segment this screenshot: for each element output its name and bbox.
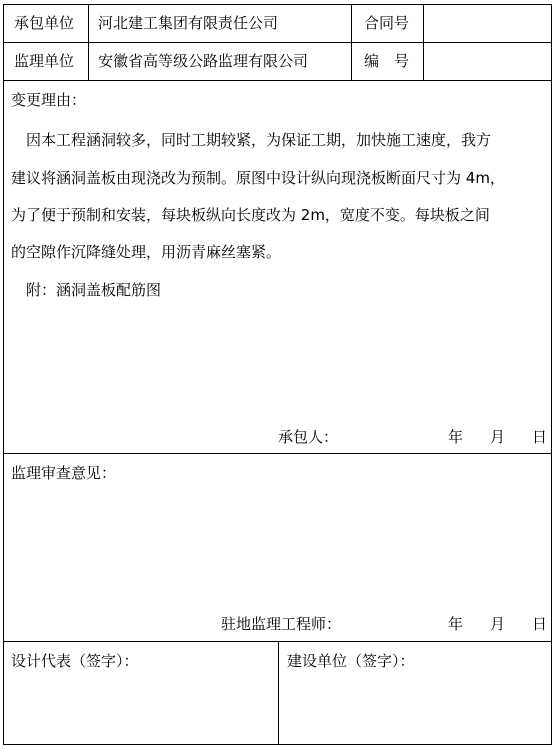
review-title: 监理审查意见： [11,466,116,481]
serial-no-label: 编 号 [364,54,409,69]
reason-line-3: 为了便于预制和安装，每块板纵向长度改为 2m，宽度不变。每块板之间 [11,208,490,223]
contractor-date-month: 月 [490,430,505,445]
contractor-value: 河北建工集团有限责任公司 [98,16,278,31]
contract-no-value[interactable] [429,10,549,38]
engineer-date-day: 日 [532,617,547,632]
engineer-signer-label: 驻地监理工程师： [221,617,341,632]
reason-title: 变更理由： [11,93,86,108]
contractor-signer-label: 承包人： [278,430,338,445]
contractor-date-day: 日 [532,430,547,445]
contract-no-label: 合同号 [364,16,409,31]
contractor-label: 承包单位 [14,16,74,31]
column-divider [351,5,352,80]
supervisor-value: 安徽省高等级公路监理有限公司 [98,54,308,69]
serial-no-value[interactable] [429,48,549,76]
reason-line-2: 建议将涵洞盖板由现浇改为预制。原图中设计纵向现浇板断面尺寸为 4m， [11,171,505,186]
owner-signature: 建设单位（签字）： [287,654,415,669]
row-divider [4,80,551,81]
contractor-date-year: 年 [448,430,463,445]
reason-line-4: 的空隙作沉降缝处理，用沥青麻丝塞紧。 [11,245,281,260]
engineer-date-month: 月 [490,617,505,632]
row-divider [4,453,551,454]
reason-line-1: 因本工程涵洞较多，同时工期较紧，为保证工期，加快施工速度，我方 [11,133,491,148]
column-divider [278,641,279,745]
column-divider [423,5,424,80]
supervisor-label: 监理单位 [14,54,74,69]
design-rep-signature: 设计代表（签字）： [11,654,139,669]
row-divider [4,42,551,43]
attachment-note: 附：涵洞盖板配筋图 [11,283,161,298]
column-divider [88,5,89,80]
change-request-form: 承包单位 河北建工集团有限责任公司 合同号 监理单位 安徽省高等级公路监理有限公… [3,4,552,745]
engineer-date-year: 年 [448,617,463,632]
